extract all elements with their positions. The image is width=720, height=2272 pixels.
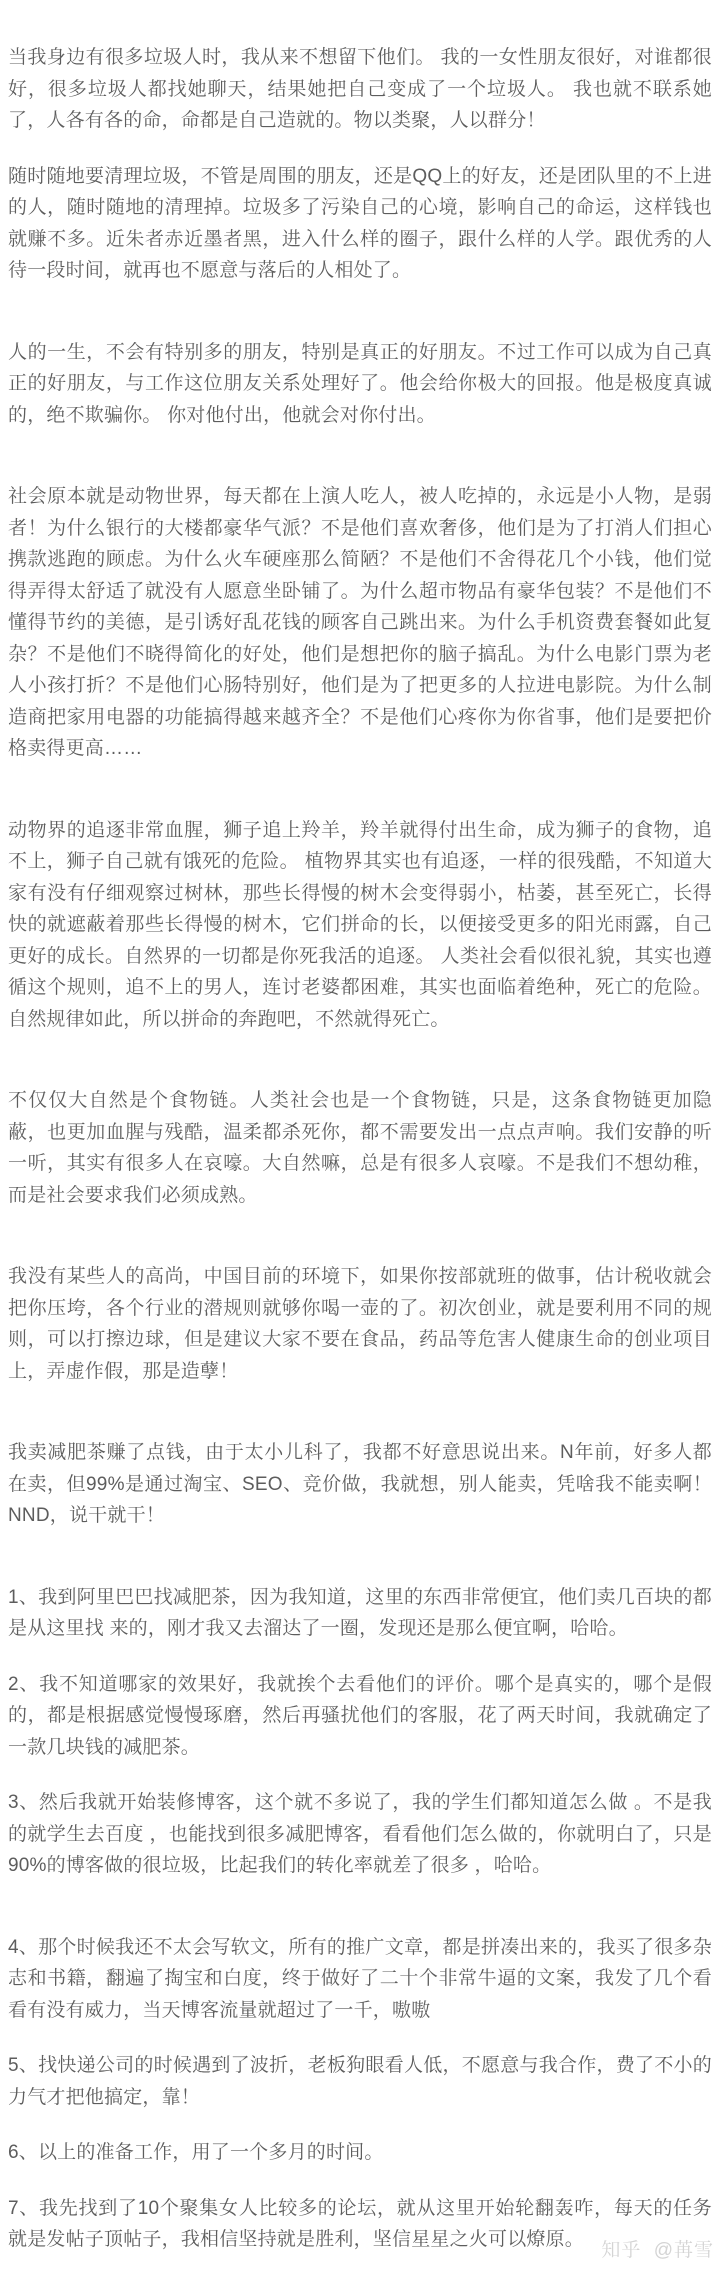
watermark-author-label: @苒雪 [648, 2240, 714, 2261]
paragraph-3: 人的一生，不会有特别多的朋友，特别是真正的好朋友。不过工作可以成为自己真正的好朋… [8, 337, 712, 432]
list-item-4: 4、那个时候我还不太会写软文，所有的推广文章，都是拼凑出来的，我买了很多杂志和书… [8, 1932, 712, 2027]
paragraph-2: 随时随地要清理垃圾，不管是周围的朋友，还是QQ上的好友，还是团队里的不上进的人，… [8, 161, 712, 287]
paragraph-6: 不仅仅大自然是个食物链。人类社会也是一个食物链，只是，这条食物链更加隐蔽，也更加… [8, 1085, 712, 1211]
watermark-site-label: 知乎 [595, 2240, 641, 2261]
list-item-1: 1、我到阿里巴巴找减肥茶，因为我知道，这里的东西非常便宜，他们卖几百块的都是从这… [8, 1582, 712, 1645]
paragraph-7: 我没有某些人的高尚，中国目前的环境下，如果你按部就班的做事，估计税收就会把你压垮… [8, 1261, 712, 1387]
list-item-3: 3、然后我就开始装修博客，这个就不多说了，我的学生们都知道怎么做 。不是我的就学… [8, 1787, 712, 1882]
list-item-2: 2、我不知道哪家的效果好，我就挨个去看他们的评价。哪个是真实的，哪个是假的，都是… [8, 1669, 712, 1764]
article-page: 当我身边有很多垃圾人时，我从来不想留下他们。 我的一女性朋友很好，对谁都很好，很… [0, 0, 720, 2272]
paragraph-8: 我卖减肥茶赚了点钱，由于太小儿科了，我都不好意思说出来。N年前，好多人都在卖，但… [8, 1437, 712, 1532]
zhihu-watermark: 知乎 @苒雪 [595, 2235, 714, 2262]
list-item-5: 5、找快递公司的时候遇到了波折，老板狗眼看人低，不愿意与我合作，费了不小的力气才… [8, 2050, 712, 2113]
paragraph-5: 动物界的追逐非常血腥，狮子追上羚羊，羚羊就得付出生命，成为狮子的食物，追不上，狮… [8, 815, 712, 1036]
paragraph-4: 社会原本就是动物世界，每天都在上演人吃人，被人吃掉的，永远是小人物，是弱者！为什… [8, 481, 712, 765]
paragraph-1: 当我身边有很多垃圾人时，我从来不想留下他们。 我的一女性朋友很好，对谁都很好，很… [8, 42, 712, 137]
list-item-6: 6、以上的准备工作，用了一个多月的时间。 [8, 2137, 712, 2169]
